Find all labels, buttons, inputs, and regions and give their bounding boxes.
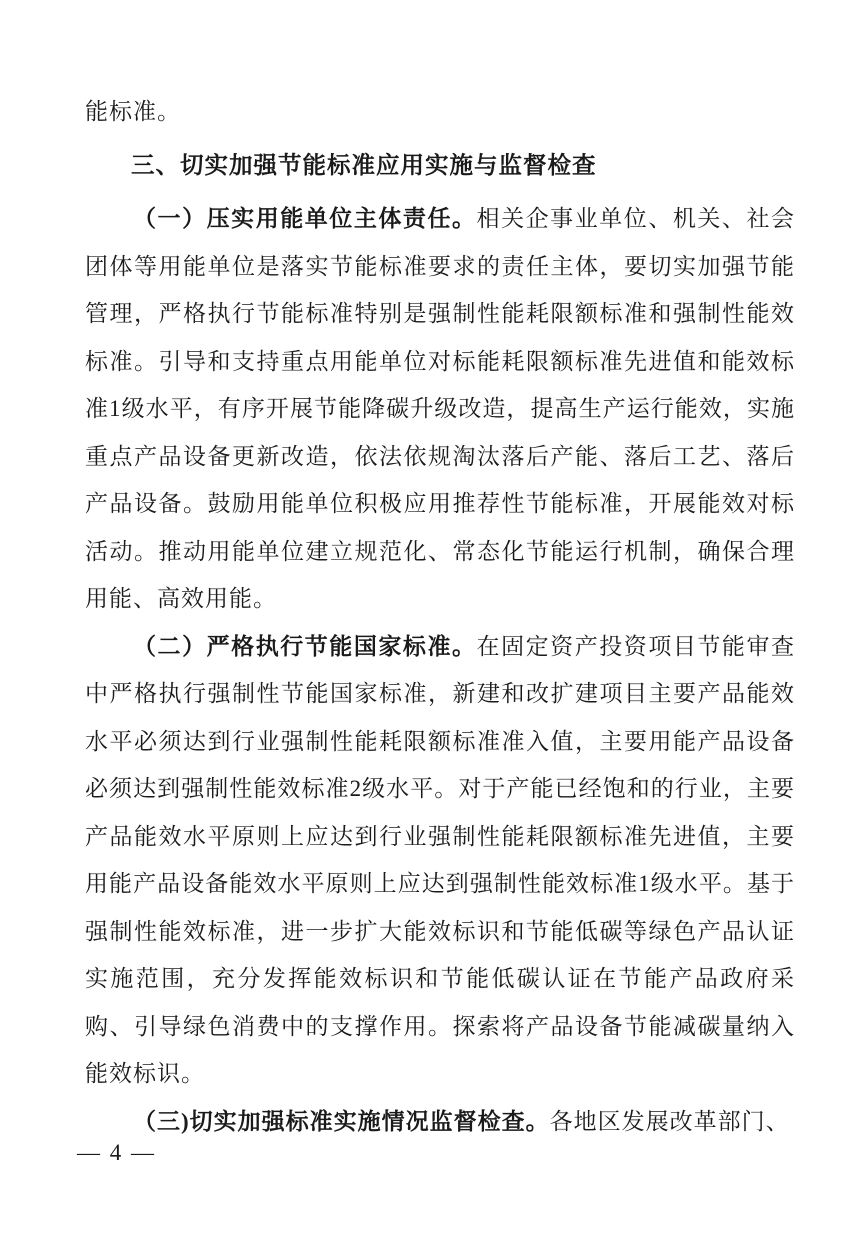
document-content: 能标准。三、切实加强节能标准应用实施与监督检查（一）压实用能单位主体责任。相关企…	[85, 88, 795, 1145]
paragraph-continuation: 能标准。	[85, 88, 795, 136]
document-page: 能标准。三、切实加强节能标准应用实施与监督检查（一）压实用能单位主体责任。相关企…	[0, 0, 854, 1244]
page-number: — 4 —	[77, 1140, 156, 1166]
paragraph: （二）严格执行节能国家标准。在固定资产投资项目节能审查中严格执行强制性节能国家标…	[85, 623, 795, 1098]
paragraph-lead: （一）压实用能单位主体责任。	[133, 206, 477, 231]
paragraph-text: 能标准。	[85, 99, 181, 124]
paragraph-text: 相关企事业单位、机关、社会团体等用能单位是落实节能标准要求的责任主体，要切实加强…	[85, 206, 795, 611]
paragraph-lead: （二）严格执行节能国家标准。	[133, 634, 477, 659]
paragraph: （一）压实用能单位主体责任。相关企事业单位、机关、社会团体等用能单位是落实节能标…	[85, 195, 795, 623]
section-heading: 三、切实加强节能标准应用实施与监督检查	[85, 142, 795, 190]
paragraph: （三)切实加强标准实施情况监督检查。各地区发展改革部门、	[85, 1098, 795, 1146]
paragraph-text: 各地区发展改革部门、	[550, 1109, 790, 1134]
section-heading-text: 三、切实加强节能标准应用实施与监督检查	[131, 152, 597, 178]
paragraph-text: 在固定资产投资项目节能审查中严格执行强制性节能国家标准，新建和改扩建项目主要产品…	[85, 634, 795, 1087]
paragraph-lead: （三)切实加强标准实施情况监督检查。	[133, 1109, 550, 1134]
